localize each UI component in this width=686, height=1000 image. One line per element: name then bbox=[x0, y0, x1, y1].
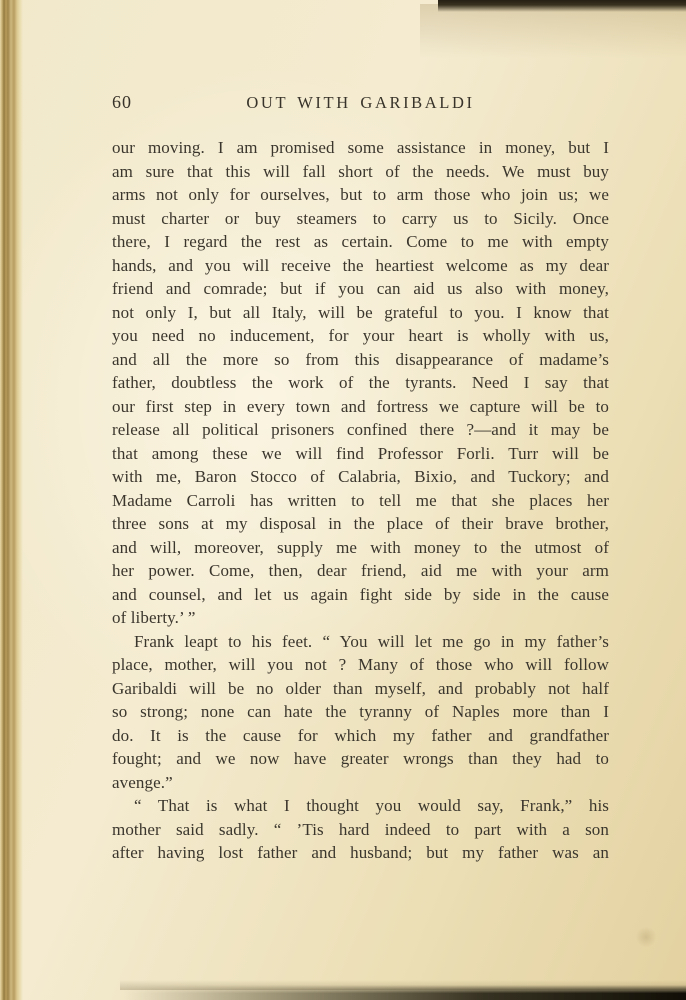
scan-edge-top-step bbox=[438, 0, 686, 12]
text-line: do. It is the cause for which my father … bbox=[112, 724, 609, 748]
text-line: am sure that this will fall short of the… bbox=[112, 160, 609, 184]
paper-stain bbox=[636, 926, 656, 948]
text-line: fought; and we now have greater wrongs t… bbox=[112, 747, 609, 771]
text-line: you need no inducement, for your heart i… bbox=[112, 324, 609, 348]
text-line: hands, and you will receive the hearties… bbox=[112, 254, 609, 278]
text-line: Frank leapt to his feet. “ You will let … bbox=[112, 630, 609, 654]
book-page-scan: 60 OUT WITH GARIBALDI our moving. I am p… bbox=[0, 0, 686, 1000]
page-content: 60 OUT WITH GARIBALDI our moving. I am p… bbox=[112, 92, 609, 865]
scan-edge-bottom bbox=[0, 985, 686, 1000]
text-line: three sons at my disposal in the place o… bbox=[112, 512, 609, 536]
page-stack-edge-left bbox=[0, 0, 23, 1000]
text-line: there, I regard the rest as certain. Com… bbox=[112, 230, 609, 254]
text-line: so strong; none can hate the tyranny of … bbox=[112, 700, 609, 724]
body-text: our moving. I am promised some assistanc… bbox=[112, 136, 609, 865]
text-line: place, mother, will you not ? Many of th… bbox=[112, 653, 609, 677]
text-line: Madame Carroli has written to tell me th… bbox=[112, 489, 609, 513]
text-line: not only I, but all Italy, will be grate… bbox=[112, 301, 609, 325]
text-line: friend and comrade; but if you can aid u… bbox=[112, 277, 609, 301]
text-line: and all the more so from this disappeara… bbox=[112, 348, 609, 372]
text-line: of liberty.’ ” bbox=[112, 606, 609, 630]
running-title: OUT WITH GARIBALDI bbox=[112, 93, 609, 113]
text-line: avenge.” bbox=[112, 771, 609, 795]
text-line: father, doubtless the work of the tyrant… bbox=[112, 371, 609, 395]
text-line: and counsel, and let us again fight side… bbox=[112, 583, 609, 607]
text-line: “ That is what I thought you would say, … bbox=[112, 794, 609, 818]
text-line: that among these we will find Professor … bbox=[112, 442, 609, 466]
text-line: Garibaldi will be no older than myself, … bbox=[112, 677, 609, 701]
text-line: after having lost father and husband; bu… bbox=[112, 841, 609, 865]
text-line: our moving. I am promised some assistanc… bbox=[112, 136, 609, 160]
running-head: 60 OUT WITH GARIBALDI bbox=[112, 92, 609, 136]
text-line: her power. Come, then, dear friend, aid … bbox=[112, 559, 609, 583]
text-line: with me, Baron Stocco of Calabria, Bixio… bbox=[112, 465, 609, 489]
text-line: arms not only for ourselves, but to arm … bbox=[112, 183, 609, 207]
text-line: release all political prisoners confined… bbox=[112, 418, 609, 442]
text-line: mother said sadly. “ ’Tis hard indeed to… bbox=[112, 818, 609, 842]
paper-shading-band bbox=[420, 4, 686, 58]
text-line: must charter or buy steamers to carry us… bbox=[112, 207, 609, 231]
text-line: our first step in every town and fortres… bbox=[112, 395, 609, 419]
text-line: and will, moreover, supply me with money… bbox=[112, 536, 609, 560]
